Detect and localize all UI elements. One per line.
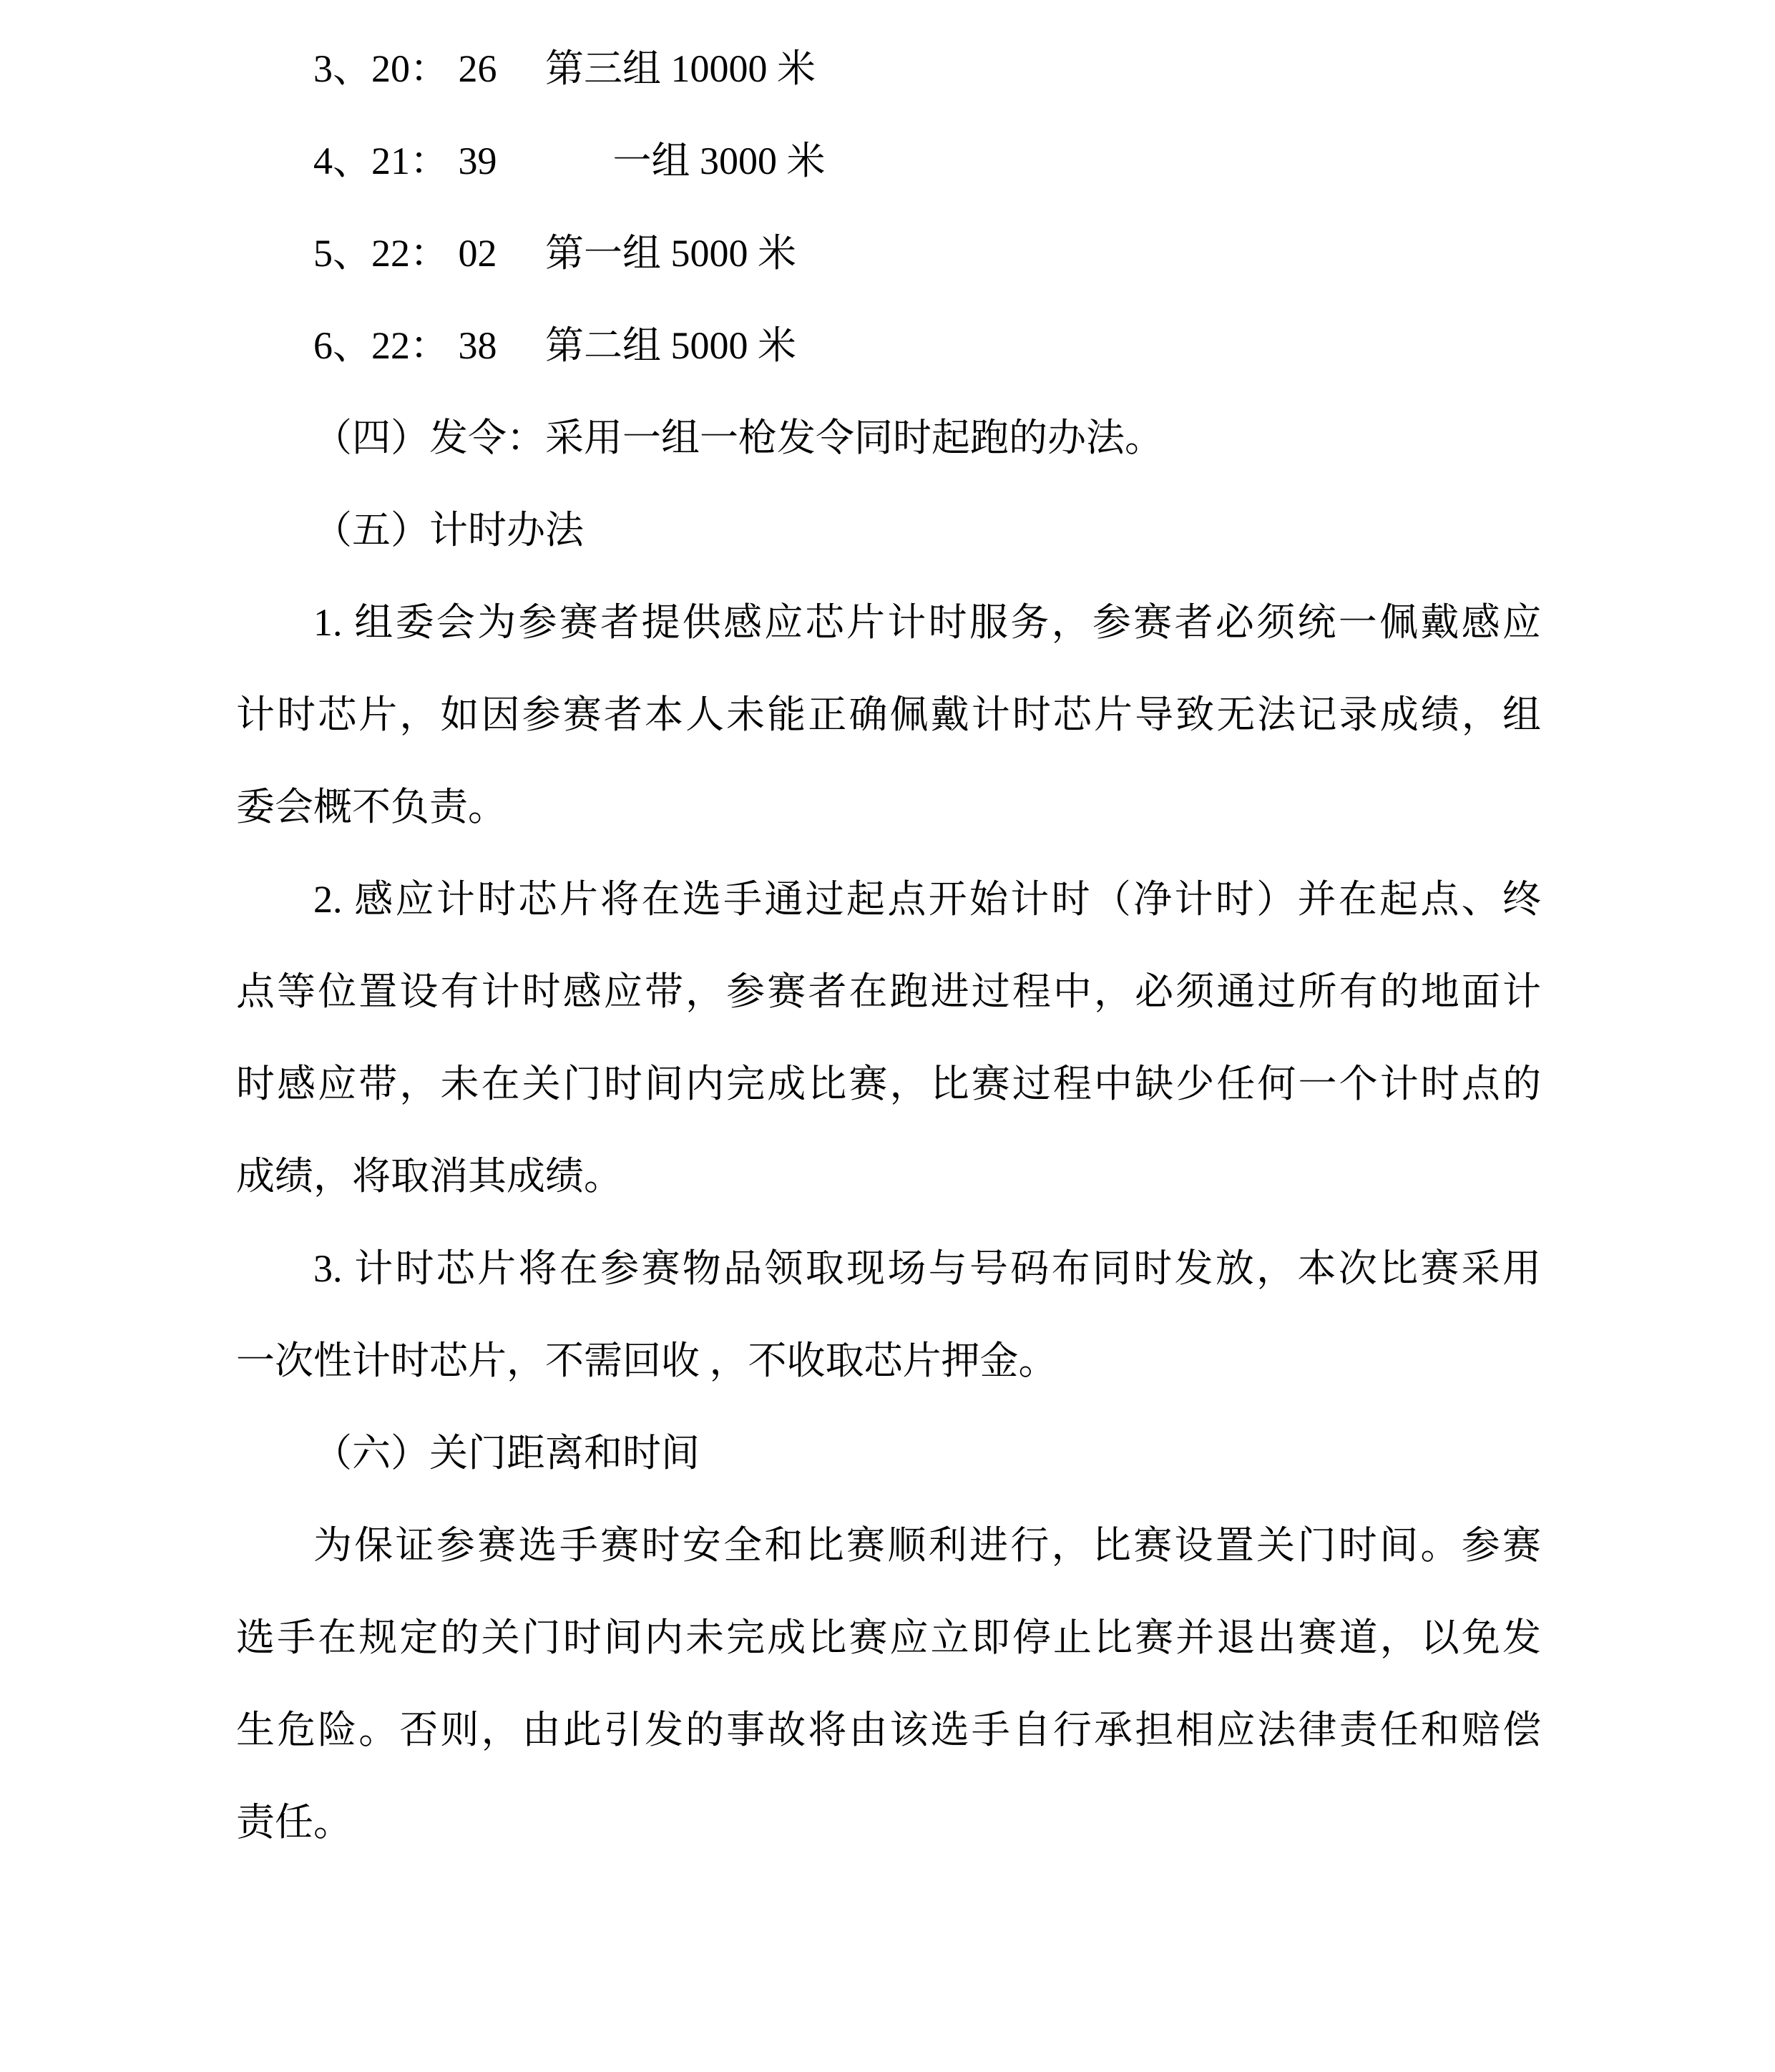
schedule-line: 5、22： 02 第一组 5000 米: [236, 207, 1541, 300]
paragraph-line: 时感应带，未在关门时间内完成比赛，比赛过程中缺少任何一个计时点的: [236, 1038, 1541, 1130]
paragraph-line: 责任。: [236, 1777, 1541, 1869]
section-heading: （四）发令：采用一组一枪发令同时起跑的办法。: [236, 392, 1541, 484]
paragraph-line: 点等位置设有计时感应带，参赛者在跑进过程中，必须通过所有的地面计: [236, 946, 1541, 1038]
paragraph-line: 2. 感应计时芯片将在选手通过起点开始计时（净计时）并在起点、终: [236, 854, 1541, 946]
paragraph-line: 选手在规定的关门时间内未完成比赛应立即停止比赛并退出赛道，以免发: [236, 1592, 1541, 1684]
paragraph-line: 1. 组委会为参赛者提供感应芯片计时服务，参赛者必须统一佩戴感应: [236, 577, 1541, 669]
paragraph-line: 计时芯片，如因参赛者本人未能正确佩戴计时芯片导致无法记录成绩，组: [236, 669, 1541, 761]
paragraph-line: 委会概不负责。: [236, 761, 1541, 854]
paragraph-line: 成绩，将取消其成绩。: [236, 1130, 1541, 1223]
schedule-line: 3、20： 26 第三组 10000 米: [236, 23, 1541, 115]
schedule-line: 6、22： 38 第二组 5000 米: [236, 300, 1541, 392]
paragraph-line: 生危险。否则，由此引发的事故将由该选手自行承担相应法律责任和赔偿: [236, 1684, 1541, 1777]
paragraph-line: 一次性计时芯片，不需回收 ，不收取芯片押金。: [236, 1315, 1541, 1407]
document-body: 3、20： 26 第三组 10000 米 4、21： 39 一组 3000 米 …: [236, 23, 1541, 1869]
document-page: 3、20： 26 第三组 10000 米 4、21： 39 一组 3000 米 …: [0, 0, 1775, 2072]
section-heading: （五）计时办法: [236, 484, 1541, 577]
paragraph-line: 3. 计时芯片将在参赛物品领取现场与号码布同时发放，本次比赛采用: [236, 1223, 1541, 1315]
paragraph-line: 为保证参赛选手赛时安全和比赛顺利进行，比赛设置关门时间。参赛: [236, 1500, 1541, 1592]
section-heading: （六）关门距离和时间: [236, 1407, 1541, 1500]
schedule-line: 4、21： 39 一组 3000 米: [236, 115, 1541, 207]
